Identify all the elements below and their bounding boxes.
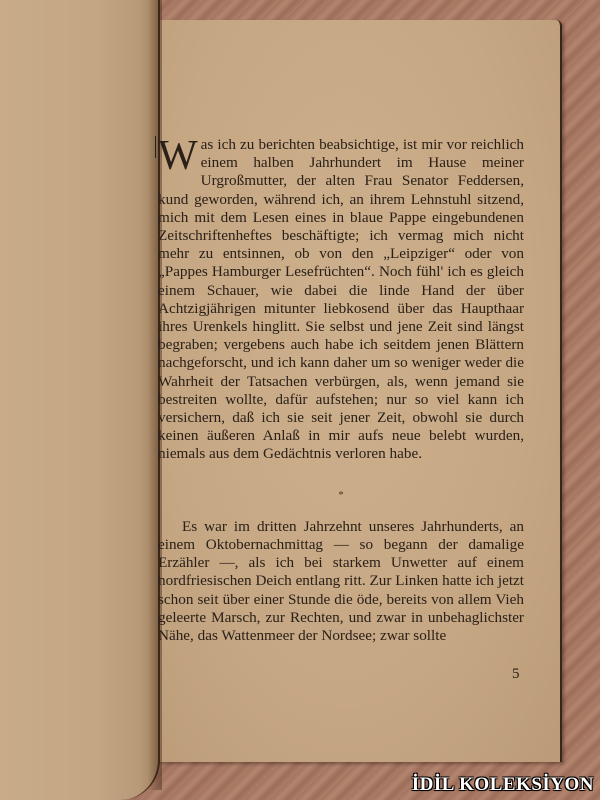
paragraph-1-text: as ich zu berichten beabsichtige, ist mi… <box>158 136 524 462</box>
page-text: Was ich zu berichten beabsichtige, ist m… <box>158 136 524 645</box>
pencil-mark <box>155 136 156 158</box>
section-separator: * <box>158 486 524 504</box>
page-number: 5 <box>512 666 520 683</box>
paragraph-2: Es war im dritten Jahrzehnt unseres Jahr… <box>158 518 524 645</box>
watermark: İDİL KOLEKSİYON <box>412 774 594 796</box>
paragraph-1: Was ich zu berichten beabsichtige, ist m… <box>158 136 524 464</box>
drop-cap: W <box>158 139 198 173</box>
left-page <box>0 0 160 800</box>
